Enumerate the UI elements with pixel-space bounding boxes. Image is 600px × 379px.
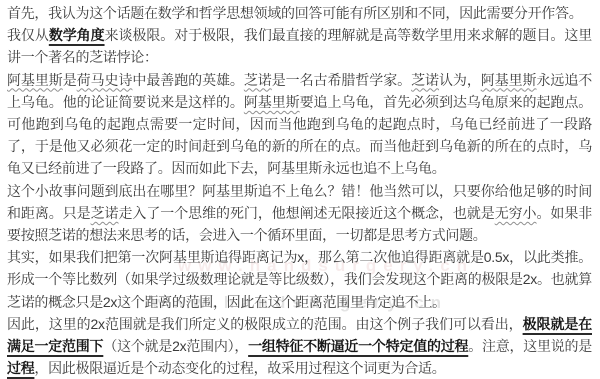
wavy-underlined-term: 无穷小 — [495, 205, 537, 221]
wavy-underlined-term: 阿基里斯 — [244, 94, 300, 110]
text-run: 认为， — [439, 72, 481, 88]
paragraph: 我仅从数学角度来谈极限。对于极限，我们最直接的理解就是高等数学里用来求解的题目。… — [7, 24, 592, 68]
paragraph: 阿基里斯是荷马史诗中最善跑的英雄。芝诺是一名古希腊哲学家。芝诺认为，阿基里斯永远… — [7, 69, 592, 180]
paragraph: 其实，如果我们把第一次阿基里斯追得距离记为x，那么第二次他追得距离就是0.5x，… — [7, 246, 592, 313]
paragraph: 这个小故事问题到底出在哪里？阿基里斯追不上龟么？错！他当然可以，只要你给他足够的… — [7, 180, 592, 247]
text-run: 中最善跑的英雄。 — [132, 72, 243, 88]
text-run: 其实，如果我们把第一次阿基里斯追得距离记为x，那么第二次他追得距离就是0.5x，… — [7, 249, 592, 309]
text-run: 首先，我认为这个话题在数学和哲学思想领域的回答可能有所区别和不同，因此需要分开作… — [7, 5, 582, 21]
wavy-underlined-term: 阿基里斯 — [7, 72, 63, 88]
text-run: ，因此极限逼近是个动态变化的过程，故采用过程这个词更为合适。 — [34, 360, 445, 376]
text-run: （这个就是2x范围内）， — [103, 338, 248, 354]
wavy-underlined-term: 芝诺 — [91, 205, 119, 221]
bold-underlined-phrase: 一组特征不断逼近一个特定值的过程 — [248, 338, 468, 354]
text-run: 因此，这里的2x范围就是我们所定义的极限成立的范围。由这个例子我们可以看出， — [7, 316, 523, 332]
bold-underlined-phrase: 过程 — [7, 360, 34, 376]
paragraph: 首先，我认为这个话题在数学和哲学思想领域的回答可能有所区别和不同，因此需要分开作… — [7, 2, 592, 24]
document-text: 首先，我认为这个话题在数学和哲学思想领域的回答可能有所区别和不同，因此需要分开作… — [7, 2, 592, 379]
wavy-underlined-term: 芝诺 — [411, 72, 439, 88]
document-page: www.handsurgery.cn www.handsurgery.cn 首先… — [0, 0, 600, 379]
wavy-underlined-term: 芝诺 — [244, 72, 272, 88]
text-run: 是一名古希腊哲学家。 — [272, 72, 411, 88]
text-run: 我仅从 — [7, 27, 49, 43]
text-run: 。注意，这里说的是 — [468, 338, 592, 354]
bold-underlined-phrase: 数学角度 — [49, 27, 105, 43]
text-run: 走入了一个思维的死门，他想阐述无限接近这个概念，也就是 — [118, 205, 494, 221]
paragraph: 因此，这里的2x范围就是我们所定义的极限成立的范围。由这个例子我们可以看出，极限… — [7, 313, 592, 379]
wavy-underlined-term: 阿基里斯 — [481, 72, 537, 88]
text-run: 是 — [63, 72, 77, 88]
wavy-underlined-term: 荷马史诗 — [77, 72, 133, 88]
